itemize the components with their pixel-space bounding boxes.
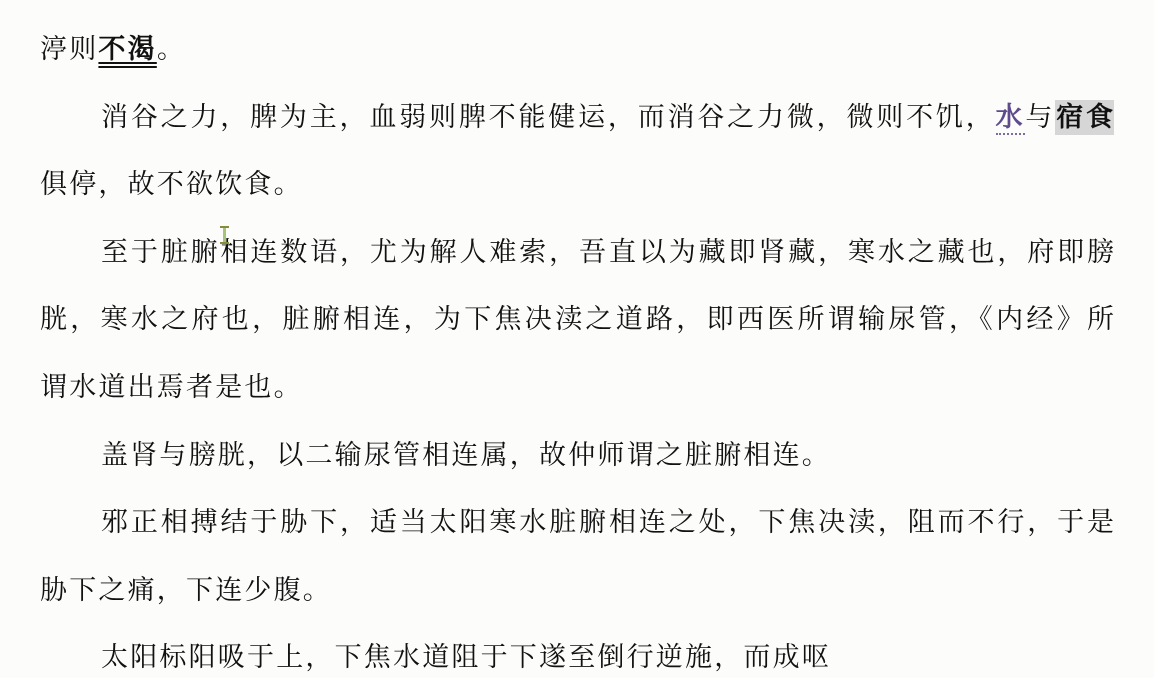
i-beam-text-cursor-icon bbox=[223, 226, 232, 244]
highlighted-text[interactable]: 宿食 bbox=[1055, 100, 1114, 135]
text-line-7[interactable]: 盖肾与膀胱，以二输尿管相连属，故仲师谓之脏腑相连。 bbox=[40, 436, 831, 476]
text-line-5[interactable]: 胱，寒水之府也，脏腑相连，为下焦决渎之道路，即西医所谓输尿管，《内经》所 bbox=[40, 300, 1114, 340]
text-run: 。 bbox=[157, 34, 186, 65]
text-line-4[interactable]: 至于脏腑相连数语，尤为解人难索，吾直以为藏即肾藏，寒水之藏也，府即膀 bbox=[40, 233, 1114, 273]
double-underlined-text: 不渴 bbox=[98, 34, 156, 65]
text-line-6[interactable]: 谓水道出焉者是也。 bbox=[40, 368, 303, 408]
text-line-9[interactable]: 胁下之痛，下连少腹。 bbox=[40, 571, 332, 611]
text-line-10[interactable]: 太阳标阳吸于上，下焦水道阻于下遂至倒行逆施，而成呕 bbox=[40, 638, 831, 664]
text-run: 与 bbox=[1025, 102, 1055, 133]
tracked-change-text[interactable]: 水 bbox=[996, 102, 1026, 135]
text-line-2[interactable]: 消谷之力，脾为主，血弱则脾不能健运，而消谷之力微，微则不饥，水与宿食 bbox=[40, 98, 1114, 138]
text-line-1[interactable]: 渟则不渴。 bbox=[40, 30, 186, 70]
text-line-8[interactable]: 邪正相搏结于胁下，适当太阳寒水脏腑相连之处，下焦决渎，阻而不行，于是 bbox=[40, 503, 1114, 543]
text-run: 渟则 bbox=[40, 34, 98, 65]
text-line-3[interactable]: 俱停，故不欲饮食。 bbox=[40, 165, 303, 205]
text-run: 消谷之力，脾为主，血弱则脾不能健运，而消谷之力微，微则不饥， bbox=[101, 102, 996, 133]
